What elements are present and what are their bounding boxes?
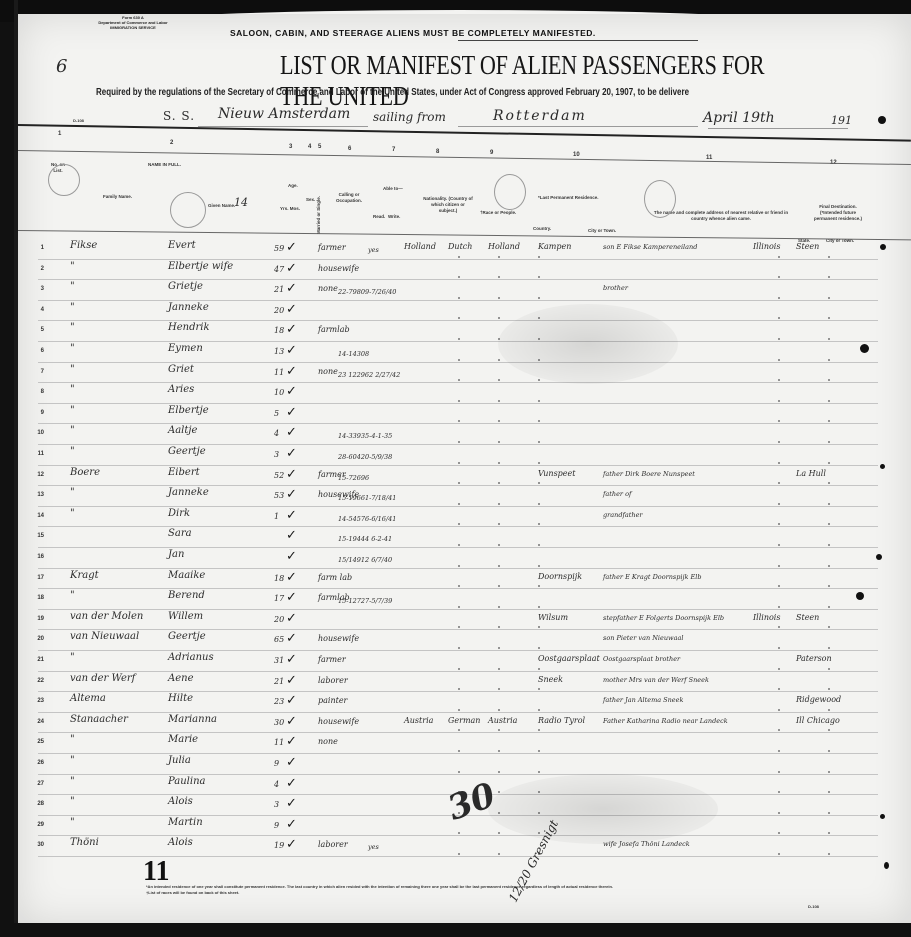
ditto-dot [828, 276, 830, 278]
ditto-dot [498, 606, 500, 608]
ditto-dot [498, 565, 500, 567]
ditto-dot [828, 729, 830, 731]
table-row: 10"Aaltje4✓14-33935-4-1-35 [18, 425, 911, 446]
stamp-circle [170, 192, 206, 228]
given-name: Eibert [168, 467, 200, 478]
ditto-dot [498, 750, 500, 752]
ditto-dot [538, 503, 540, 505]
row-number: 3 [32, 286, 44, 292]
ditto-dot [538, 482, 540, 484]
header-sex: Sex. [306, 197, 315, 203]
age: 11 [274, 368, 284, 377]
ditto-dot [498, 626, 500, 628]
ditto-dot [498, 359, 500, 361]
ditto-dot [778, 297, 780, 299]
departure-port: Rotterdam [493, 108, 587, 124]
can-read: yes [368, 246, 379, 254]
last-residence-city: Radio Tyrol [538, 716, 585, 725]
ditto-dot [458, 297, 460, 299]
check-mark: ✓ [286, 261, 297, 276]
last-residence-city: Wilsum [538, 613, 568, 622]
ditto-dot [828, 709, 830, 711]
table-row: 1FikseEvert59✓farmeryesHollandDutchHolla… [18, 240, 911, 261]
last-residence-city: Sneek [538, 675, 563, 684]
table-row: 24StanaacherMarianna30✓housewifeAustriaG… [18, 714, 911, 735]
header-nationality: Nationality. (Country of which citizen o… [423, 196, 473, 214]
row-number: 15 [32, 533, 44, 539]
manifest-banner: SALOON, CABIN, AND STEERAGE ALIENS MUST … [230, 28, 596, 38]
ditto-dot [498, 709, 500, 711]
check-mark: ✓ [286, 652, 297, 667]
row-number: 24 [32, 719, 44, 725]
occupation: housewife [318, 264, 359, 273]
col-num-1: 1 [58, 131, 61, 137]
family-name: " [70, 261, 75, 272]
family-name: " [70, 405, 75, 416]
ditto-dot [538, 626, 540, 628]
naturalization-annotation: 15/14912 6/7/40 [338, 556, 392, 564]
legal-requirement: Required by the regulations of the Secre… [96, 86, 689, 98]
family-name: Kragt [70, 570, 99, 581]
ditto-dot [778, 709, 780, 711]
age: 18 [274, 326, 284, 335]
row-rule [38, 423, 878, 424]
table-row: 14"Dirk1✓14-54576-6/16/41grandfather [18, 508, 911, 529]
ditto-dot [498, 297, 500, 299]
family-name: Boere [70, 467, 100, 478]
given-name: Berend [168, 590, 205, 601]
ditto-dot [498, 379, 500, 381]
ditto-dot [828, 441, 830, 443]
ditto-dot [498, 503, 500, 505]
age: 19 [274, 841, 284, 850]
family-name: Stanaacher [70, 714, 128, 725]
table-row: 30ThöniAlois19✓laboreryeswife Josefa Thö… [18, 837, 911, 858]
nationality: Austria [404, 716, 433, 725]
row-rule [38, 485, 878, 486]
naturalization-annotation: 15-12727-5/7/39 [338, 597, 392, 605]
country: Austria [488, 716, 517, 725]
family-name: van Nieuwaal [70, 631, 139, 642]
ditto-dot [538, 709, 540, 711]
stamp-circle [494, 174, 526, 210]
ditto-dot [828, 626, 830, 628]
ditto-dot [458, 544, 460, 546]
ditto-dot [538, 256, 540, 258]
age: 21 [274, 285, 284, 294]
check-mark: ✓ [286, 467, 297, 482]
ditto-dot [538, 276, 540, 278]
ditto-dot [828, 688, 830, 690]
age: 9 [274, 821, 279, 830]
family-name: " [70, 487, 75, 498]
table-row: 26"Julia9✓ [18, 755, 911, 776]
row-number: 20 [32, 636, 44, 642]
ditto-dot [458, 256, 460, 258]
destination-city: Ill Chicago [796, 716, 840, 725]
occupation: farmlab [318, 325, 350, 334]
ditto-dot [538, 565, 540, 567]
naturalization-annotation: 14-54576-6/16/41 [338, 515, 396, 523]
ditto-dot [458, 709, 460, 711]
check-mark: ✓ [286, 487, 297, 502]
given-name: Janneke [168, 302, 209, 313]
naturalization-annotation: 22-79809-7/26/40 [338, 288, 396, 296]
ditto-dot [778, 688, 780, 690]
family-name: " [70, 652, 75, 663]
ditto-dot [538, 462, 540, 464]
check-mark: ✓ [286, 693, 297, 708]
country: Holland [488, 242, 520, 251]
ditto-dot [778, 523, 780, 525]
check-mark: ✓ [286, 281, 297, 296]
given-name: Eymen [168, 343, 203, 354]
stamp-circle [644, 180, 676, 218]
ditto-dot [538, 379, 540, 381]
check-mark: ✓ [286, 322, 297, 337]
ditto-dot [538, 729, 540, 731]
ditto-dot [498, 462, 500, 464]
occupation: none [318, 367, 338, 376]
col-num-10: 10 [573, 152, 580, 158]
age: 9 [274, 759, 279, 768]
ditto-dot [458, 771, 460, 773]
header-family-name: Family Name. [103, 194, 132, 200]
table-row: 13"Janneke53✓housewife15-19661-7/18/41fa… [18, 487, 911, 508]
check-mark: ✓ [286, 631, 297, 646]
tally-mark: 14 [234, 196, 248, 209]
age: 4 [274, 780, 279, 789]
age: 3 [274, 800, 279, 809]
age: 59 [274, 244, 284, 253]
family-name: " [70, 384, 75, 395]
row-number: 28 [32, 801, 44, 807]
ditto-dot [828, 771, 830, 773]
given-name: Geertje [168, 446, 206, 457]
col-num-6: 6 [348, 146, 351, 152]
family-name: " [70, 817, 75, 828]
family-name: van der Molen [70, 611, 143, 622]
ditto-dot [778, 462, 780, 464]
ditto-dot [828, 503, 830, 505]
col-num-5: 5 [318, 144, 321, 150]
row-rule [38, 732, 878, 733]
check-mark: ✓ [286, 570, 297, 585]
ditto-dot [778, 359, 780, 361]
row-number: 23 [32, 698, 44, 704]
ditto-dot [458, 276, 460, 278]
destination-state: Illinois [753, 242, 780, 251]
row-rule [38, 650, 878, 651]
destination-state: Illinois [753, 613, 780, 622]
row-rule [38, 588, 878, 589]
ditto-dot [458, 688, 460, 690]
row-number: 2 [32, 266, 44, 272]
row-rule [38, 712, 878, 713]
ditto-dot [778, 791, 780, 793]
check-mark: ✓ [286, 714, 297, 729]
family-name: " [70, 446, 75, 457]
family-name: " [70, 343, 75, 354]
ditto-dot [828, 359, 830, 361]
ditto-dot [828, 523, 830, 525]
ditto-dot [458, 606, 460, 608]
ditto-dot [538, 647, 540, 649]
family-name: van der Werf [70, 673, 135, 684]
ditto-dot [498, 832, 500, 834]
age: 13 [274, 347, 284, 356]
ditto-dot [778, 441, 780, 443]
check-mark: ✓ [286, 817, 297, 832]
ditto-dot [498, 668, 500, 670]
ditto-dot [458, 482, 460, 484]
table-row: 9"Elbertje5✓ [18, 405, 911, 426]
ditto-dot [498, 585, 500, 587]
ditto-dot [778, 647, 780, 649]
naturalization-annotation: 14-14308 [338, 350, 369, 358]
ditto-dot [778, 400, 780, 402]
ditto-dot [538, 441, 540, 443]
ditto-dot [498, 853, 500, 855]
last-residence-city: Oostgaarsplaat [538, 654, 600, 663]
nearest-relative: son E Fikse Kampereneiland [603, 243, 697, 251]
given-name: Aene [168, 673, 194, 684]
family-name: " [70, 508, 75, 519]
header-calling: Calling or Occupation. [333, 192, 365, 204]
ditto-dot [778, 338, 780, 340]
occupation: farm lab [318, 573, 352, 582]
table-row: 11"Geertje3✓28-60420-5/9/38 [18, 446, 911, 467]
destination-city: Steen [796, 242, 819, 251]
ditto-dot [538, 544, 540, 546]
col-num-3: 3 [289, 144, 292, 150]
age: 4 [274, 429, 279, 438]
naturalization-annotation: 15-72696 [338, 474, 369, 482]
form-id: Form 630 A Department of Commerce and La… [93, 15, 173, 30]
given-name: Jan [168, 549, 184, 560]
check-mark: ✓ [286, 528, 297, 543]
ditto-dot [498, 688, 500, 690]
row-number: 26 [32, 760, 44, 766]
family-name: " [70, 302, 75, 313]
ditto-dot [828, 317, 830, 319]
row-rule [38, 362, 878, 363]
row-number: 27 [32, 781, 44, 787]
header-age: Age. [288, 183, 298, 189]
ditto-dot [498, 729, 500, 731]
ditto-dot [828, 462, 830, 464]
ditto-dot [778, 379, 780, 381]
port-rule [458, 126, 698, 127]
check-mark: ✓ [286, 611, 297, 626]
family-name: " [70, 776, 75, 787]
ship-name: Nieuw Amsterdam [218, 106, 350, 122]
header-name-in-full: NAME IN FULL. [148, 162, 181, 168]
given-name: Aaltje [168, 425, 197, 436]
ditto-dot [458, 853, 460, 855]
header-last-residence: *Last Permanent Residence. [538, 195, 599, 201]
table-row: 5"Hendrik18✓farmlab [18, 322, 911, 343]
ditto-dot [828, 256, 830, 258]
check-mark: ✓ [286, 734, 297, 749]
ditto-dot [458, 626, 460, 628]
check-mark: ✓ [286, 425, 297, 440]
row-number: 12 [32, 472, 44, 478]
ditto-dot [828, 544, 830, 546]
row-number: 30 [32, 842, 44, 848]
row-rule [38, 671, 878, 672]
check-mark: ✓ [286, 364, 297, 379]
naturalization-annotation: 15-19661-7/18/41 [338, 494, 396, 502]
row-rule [38, 774, 878, 775]
given-name: Janneke [168, 487, 209, 498]
family-name: " [70, 590, 75, 601]
check-mark: ✓ [286, 673, 297, 688]
ditto-dot [828, 832, 830, 834]
age: 1 [274, 512, 279, 521]
row-number: 17 [32, 575, 44, 581]
row-number: 1 [32, 245, 44, 251]
age: 53 [274, 491, 284, 500]
nearest-relative: Oostgaarsplaat brother [603, 655, 680, 663]
row-rule [38, 341, 878, 342]
race: German [448, 716, 480, 725]
departure-year: 191 [831, 114, 852, 127]
row-rule [38, 444, 878, 445]
given-name: Julia [168, 755, 191, 766]
ditto-dot [458, 420, 460, 422]
naturalization-annotation: 23 122962 2/27/42 [338, 371, 400, 379]
ditto-dot [828, 565, 830, 567]
row-number: 22 [32, 678, 44, 684]
check-mark: ✓ [286, 549, 297, 564]
ditto-dot [778, 503, 780, 505]
stamp-circle [48, 164, 80, 196]
given-name: Willem [168, 611, 203, 622]
ditto-dot [828, 297, 830, 299]
paper-smudge [488, 774, 718, 844]
row-rule [38, 279, 878, 280]
occupation: none [318, 284, 338, 293]
age: 3 [274, 450, 279, 459]
ditto-dot [778, 729, 780, 731]
family-name: Fikse [70, 240, 97, 251]
given-name: Marianna [168, 714, 217, 725]
ditto-dot [828, 853, 830, 855]
last-residence-city: Doornspijk [538, 572, 582, 581]
ditto-dot [538, 750, 540, 752]
footnote-races: †List of races will be found on back of … [146, 890, 239, 895]
ss-label: S. S. [163, 109, 195, 123]
row-rule [38, 753, 878, 754]
given-name: Grietje [168, 281, 203, 292]
ink-blot [884, 862, 889, 869]
header-country: Country. [533, 226, 551, 232]
ditto-dot [538, 688, 540, 690]
row-rule [38, 629, 878, 630]
table-row: 2"Elbertje wife47✓housewife [18, 261, 911, 282]
ditto-dot [778, 565, 780, 567]
naturalization-annotation: 14-33935-4-1-35 [338, 432, 392, 440]
ink-blot [880, 464, 885, 469]
family-name: " [70, 425, 75, 436]
given-name: Evert [168, 240, 196, 251]
ditto-dot [458, 379, 460, 381]
row-rule [38, 609, 878, 610]
ditto-dot [458, 585, 460, 587]
table-row: 16Jan✓15/14912 6/7/40 [18, 549, 911, 570]
given-name: Aries [168, 384, 194, 395]
ditto-dot [828, 668, 830, 670]
age: 47 [274, 265, 284, 274]
check-mark: ✓ [286, 508, 297, 523]
destination-city: Paterson [796, 654, 832, 663]
row-number: 25 [32, 739, 44, 745]
ditto-dot [778, 606, 780, 608]
given-name: Marie [168, 734, 198, 745]
nearest-relative: son Pieter van Nieuwaal [603, 634, 683, 642]
ink-blot [880, 244, 886, 250]
ditto-dot [538, 523, 540, 525]
age: 31 [274, 656, 284, 665]
can-read: yes [368, 843, 379, 851]
row-rule [38, 300, 878, 301]
destination-city: Steen [796, 613, 819, 622]
nearest-relative: brother [603, 284, 628, 292]
footnote-residence: *An intended residence of one year shall… [146, 884, 846, 889]
destination-city: Ridgewood [796, 695, 841, 704]
age: 30 [274, 718, 284, 727]
form-code: D-108 [73, 118, 84, 123]
age: 23 [274, 697, 284, 706]
table-row: 12BoereEibert52✓farmer15-72696Vunspeetfa… [18, 467, 911, 488]
header-able-to: Able to— [383, 186, 403, 192]
check-mark: ✓ [286, 796, 297, 811]
row-number: 5 [32, 327, 44, 333]
family-name: Altema [70, 693, 106, 704]
header-bottom-rule [18, 230, 911, 240]
ink-blot [860, 344, 869, 353]
given-name: Adrianus [168, 652, 214, 663]
ditto-dot [778, 832, 780, 834]
ditto-dot [498, 400, 500, 402]
ditto-dot [498, 441, 500, 443]
row-number: 10 [32, 430, 44, 436]
ditto-dot [458, 750, 460, 752]
age: 18 [274, 574, 284, 583]
family-name: " [70, 364, 75, 375]
ditto-dot [498, 544, 500, 546]
row-rule [38, 320, 878, 321]
ditto-dot [458, 503, 460, 505]
check-mark: ✓ [286, 384, 297, 399]
ditto-dot [458, 359, 460, 361]
ditto-dot [828, 750, 830, 752]
age: 5 [274, 409, 279, 418]
row-rule [38, 568, 878, 569]
ink-blot [878, 116, 886, 124]
row-number: 21 [32, 657, 44, 663]
age: 17 [274, 594, 284, 603]
ditto-dot [828, 482, 830, 484]
given-name: Geertje [168, 631, 206, 642]
header-final-destination: Final Destination. (*Intended future per… [808, 204, 868, 222]
nearest-relative: mother Mrs van der Werf Sneek [603, 676, 709, 684]
last-residence-city: Kampen [538, 242, 571, 251]
row-rule [38, 259, 878, 260]
ditto-dot [458, 523, 460, 525]
given-name: Alois [168, 796, 193, 807]
